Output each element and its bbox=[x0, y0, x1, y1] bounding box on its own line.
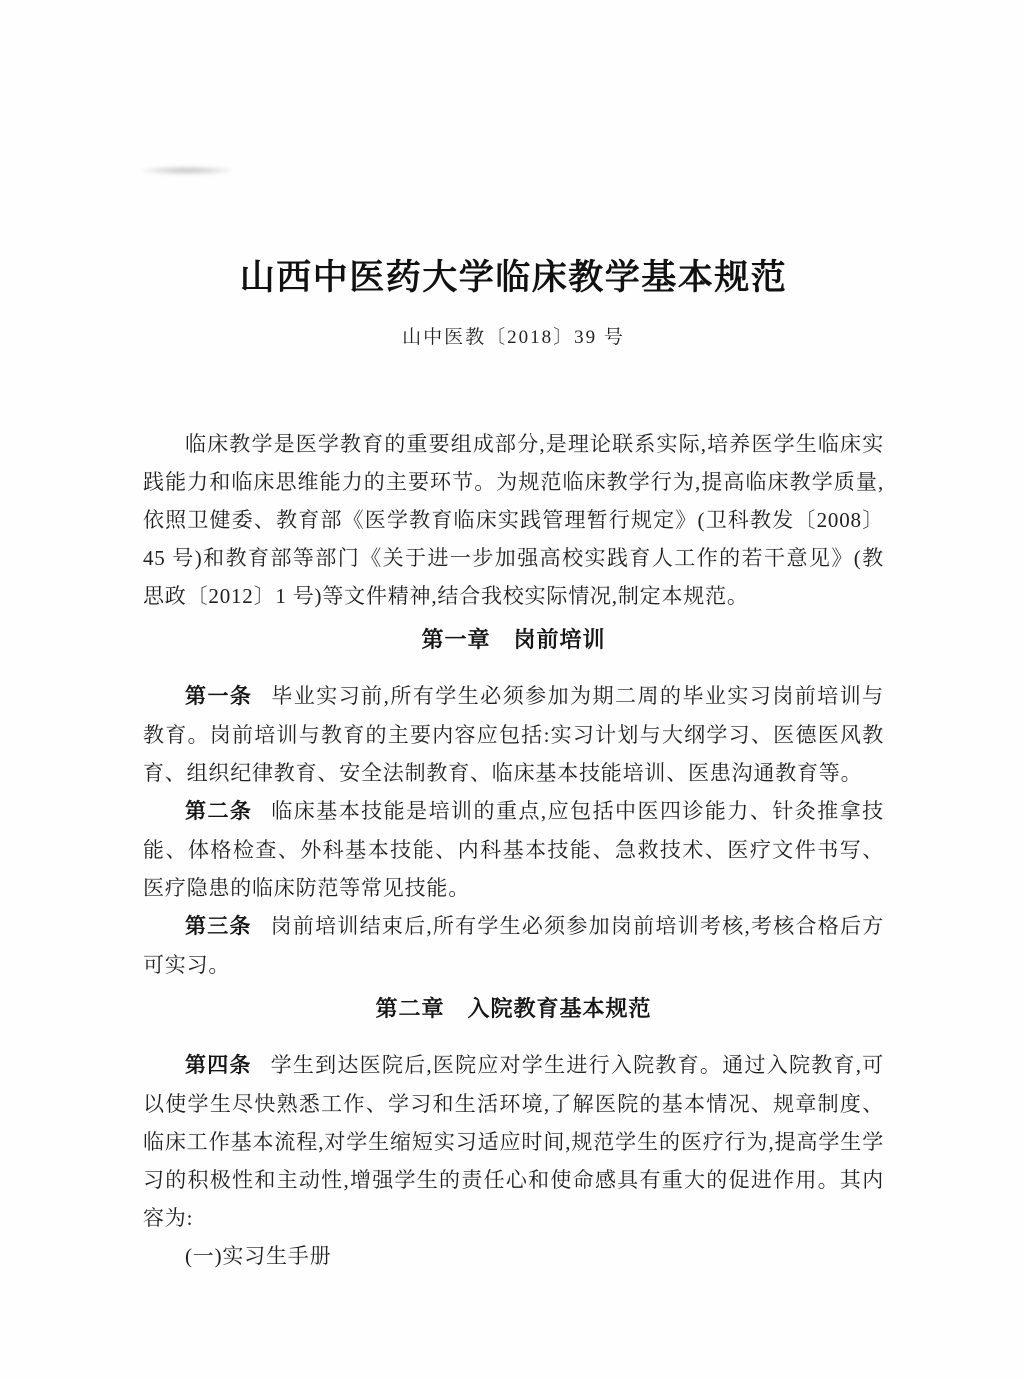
article-2-text: 临床基本技能是培训的重点,应包括中医四诊能力、针灸推拿技能、体格检查、外科基本技… bbox=[143, 799, 884, 900]
article-3-text: 岗前培训结束后,所有学生必须参加岗前培训考核,考核合格后方可实习。 bbox=[143, 914, 884, 977]
article-3-paragraph: 第三条岗前培训结束后,所有学生必须参加岗前培训考核,考核合格后方可实习。 bbox=[143, 907, 884, 984]
list-item-intern-handbook: (一)实习生手册 bbox=[143, 1237, 884, 1275]
chapter-1-heading: 第一章 岗前培训 bbox=[143, 624, 884, 656]
article-4-text: 学生到达医院后,医院应对学生进行入院教育。通过入院教育,可以使学生尽快熟悉工作、… bbox=[143, 1053, 884, 1230]
intro-paragraph: 临床教学是医学教育的重要组成部分,是理论联系实际,培养医学生临床实践能力和临床思… bbox=[143, 425, 884, 615]
article-2-paragraph: 第二条临床基本技能是培训的重点,应包括中医四诊能力、针灸推拿技能、体格检查、外科… bbox=[143, 792, 884, 907]
article-1-text: 毕业实习前,所有学生必须参加为期二周的毕业实习岗前培训与教育。岗前培训与教育的主… bbox=[143, 684, 884, 785]
article-3-label: 第三条 bbox=[185, 915, 252, 938]
document-page: 山西中医药大学临床教学基本规范 山中医教〔2018〕39 号 临床教学是医学教育… bbox=[0, 0, 1024, 1379]
document-number: 山中医教〔2018〕39 号 bbox=[143, 322, 884, 349]
article-1-label: 第一条 bbox=[185, 685, 252, 708]
article-4-label: 第四条 bbox=[185, 1054, 252, 1077]
article-2-label: 第二条 bbox=[185, 800, 252, 823]
chapter-2-heading: 第二章 入院教育基本规范 bbox=[143, 993, 884, 1025]
document-body: 临床教学是医学教育的重要组成部分,是理论联系实际,培养医学生临床实践能力和临床思… bbox=[143, 425, 884, 1275]
document-title: 山西中医药大学临床教学基本规范 bbox=[143, 0, 884, 300]
article-1-paragraph: 第一条毕业实习前,所有学生必须参加为期二周的毕业实习岗前培训与教育。岗前培训与教… bbox=[143, 677, 884, 792]
article-4-paragraph: 第四条学生到达医院后,医院应对学生进行入院教育。通过入院教育,可以使学生尽快熟悉… bbox=[143, 1046, 884, 1237]
